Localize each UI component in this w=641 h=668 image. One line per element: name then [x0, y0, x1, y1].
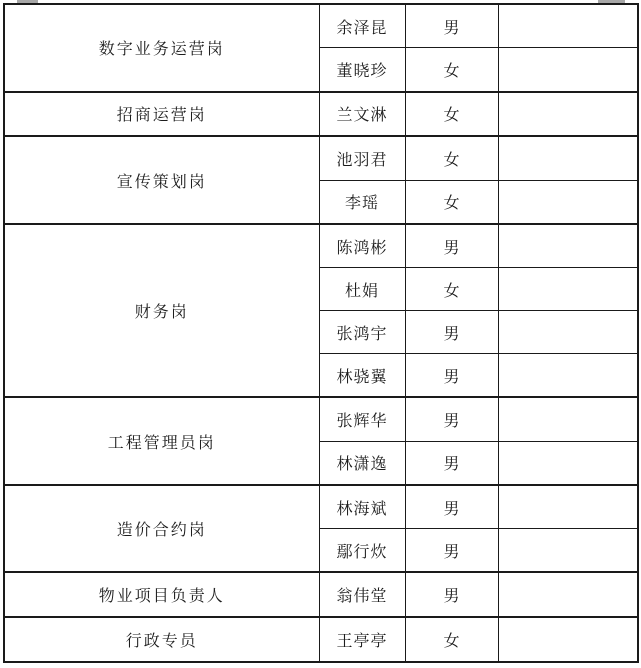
gender-cell: 男 [405, 485, 498, 529]
gender-cell: 女 [405, 617, 498, 662]
document-page: 数字业务运营岗 余泽昆 男 董晓珍 女 招商运营岗 兰文淋 女 宣传策划岗 池羽… [0, 0, 641, 668]
empty-cell [498, 180, 638, 224]
table-row: 财务岗 陈鸿彬 男 [4, 224, 638, 268]
empty-cell [498, 441, 638, 485]
name-cell: 张辉华 [319, 397, 405, 441]
name-cell: 林潇逸 [319, 441, 405, 485]
name-cell: 张鸿宇 [319, 311, 405, 354]
empty-cell [498, 48, 638, 92]
name-cell: 林骁翼 [319, 353, 405, 397]
table-row: 行政专员 王亭亭 女 [4, 617, 638, 662]
table-row: 造价合约岗 林海斌 男 [4, 485, 638, 529]
position-cell: 物业项目负责人 [4, 572, 319, 617]
table-row: 数字业务运营岗 余泽昆 男 [4, 4, 638, 48]
gender-cell: 女 [405, 92, 498, 137]
empty-cell [498, 268, 638, 311]
gender-cell: 女 [405, 180, 498, 224]
name-cell: 陈鸿彬 [319, 224, 405, 268]
empty-cell [498, 397, 638, 441]
gender-cell: 男 [405, 572, 498, 617]
gender-cell: 女 [405, 48, 498, 92]
position-cell: 招商运营岗 [4, 92, 319, 137]
name-cell: 杜娟 [319, 268, 405, 311]
gender-cell: 男 [405, 441, 498, 485]
name-cell: 李瑶 [319, 180, 405, 224]
table-row: 招商运营岗 兰文淋 女 [4, 92, 638, 137]
table-row: 宣传策划岗 池羽君 女 [4, 136, 638, 180]
gender-cell: 男 [405, 397, 498, 441]
name-cell: 池羽君 [319, 136, 405, 180]
empty-cell [498, 617, 638, 662]
position-cell: 数字业务运营岗 [4, 4, 319, 92]
table-row: 物业项目负责人 翁伟堂 男 [4, 572, 638, 617]
name-cell: 林海斌 [319, 485, 405, 529]
empty-cell [498, 529, 638, 573]
name-cell: 余泽昆 [319, 4, 405, 48]
empty-cell [498, 485, 638, 529]
gender-cell: 男 [405, 529, 498, 573]
gender-cell: 男 [405, 311, 498, 354]
position-cell: 行政专员 [4, 617, 319, 662]
gender-cell: 女 [405, 268, 498, 311]
empty-cell [498, 572, 638, 617]
gender-cell: 男 [405, 4, 498, 48]
name-cell: 王亭亭 [319, 617, 405, 662]
empty-cell [498, 353, 638, 397]
empty-cell [498, 92, 638, 137]
empty-cell [498, 4, 638, 48]
name-cell: 兰文淋 [319, 92, 405, 137]
name-cell: 鄢行炊 [319, 529, 405, 573]
position-cell: 造价合约岗 [4, 485, 319, 573]
gender-cell: 男 [405, 224, 498, 268]
name-cell: 翁伟堂 [319, 572, 405, 617]
gender-cell: 女 [405, 136, 498, 180]
empty-cell [498, 311, 638, 354]
name-cell: 董晓珍 [319, 48, 405, 92]
gender-cell: 男 [405, 353, 498, 397]
empty-cell [498, 136, 638, 180]
empty-cell [498, 224, 638, 268]
table-row: 工程管理员岗 张辉华 男 [4, 397, 638, 441]
position-cell: 宣传策划岗 [4, 136, 319, 224]
position-cell: 财务岗 [4, 224, 319, 397]
staff-roster-table: 数字业务运营岗 余泽昆 男 董晓珍 女 招商运营岗 兰文淋 女 宣传策划岗 池羽… [3, 3, 639, 663]
position-cell: 工程管理员岗 [4, 397, 319, 485]
